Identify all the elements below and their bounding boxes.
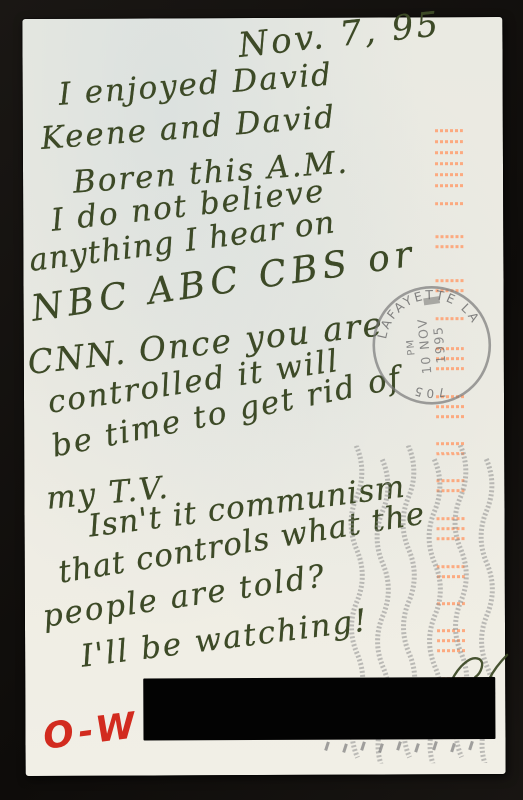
tagging-mark-row [435,129,463,132]
tagging-mark-row [435,245,463,248]
tagging-mark-row [435,184,463,187]
postcard: Nov. 7, 95 I enjoyed DavidKeene and Davi… [22,17,505,776]
cancellation-tick [324,741,330,750]
tagging-mark-row [435,162,463,165]
tagging-mark-row [436,415,464,418]
tagging-mark-row [435,202,463,205]
tagging-mark-row [435,151,463,154]
postmark-zip-text: 705 [410,383,447,401]
tagging-mark-row [435,235,463,238]
red-archival-annotation: O-W [41,705,142,758]
postmark-year: 1995 [430,325,448,364]
postmark-stamp: LAFAYETTE LA 705 PM 10 NOV 1995 [361,275,502,416]
tagging-mark-row [435,140,463,143]
redaction-bar [143,677,495,741]
tagging-mark-row [435,173,463,176]
